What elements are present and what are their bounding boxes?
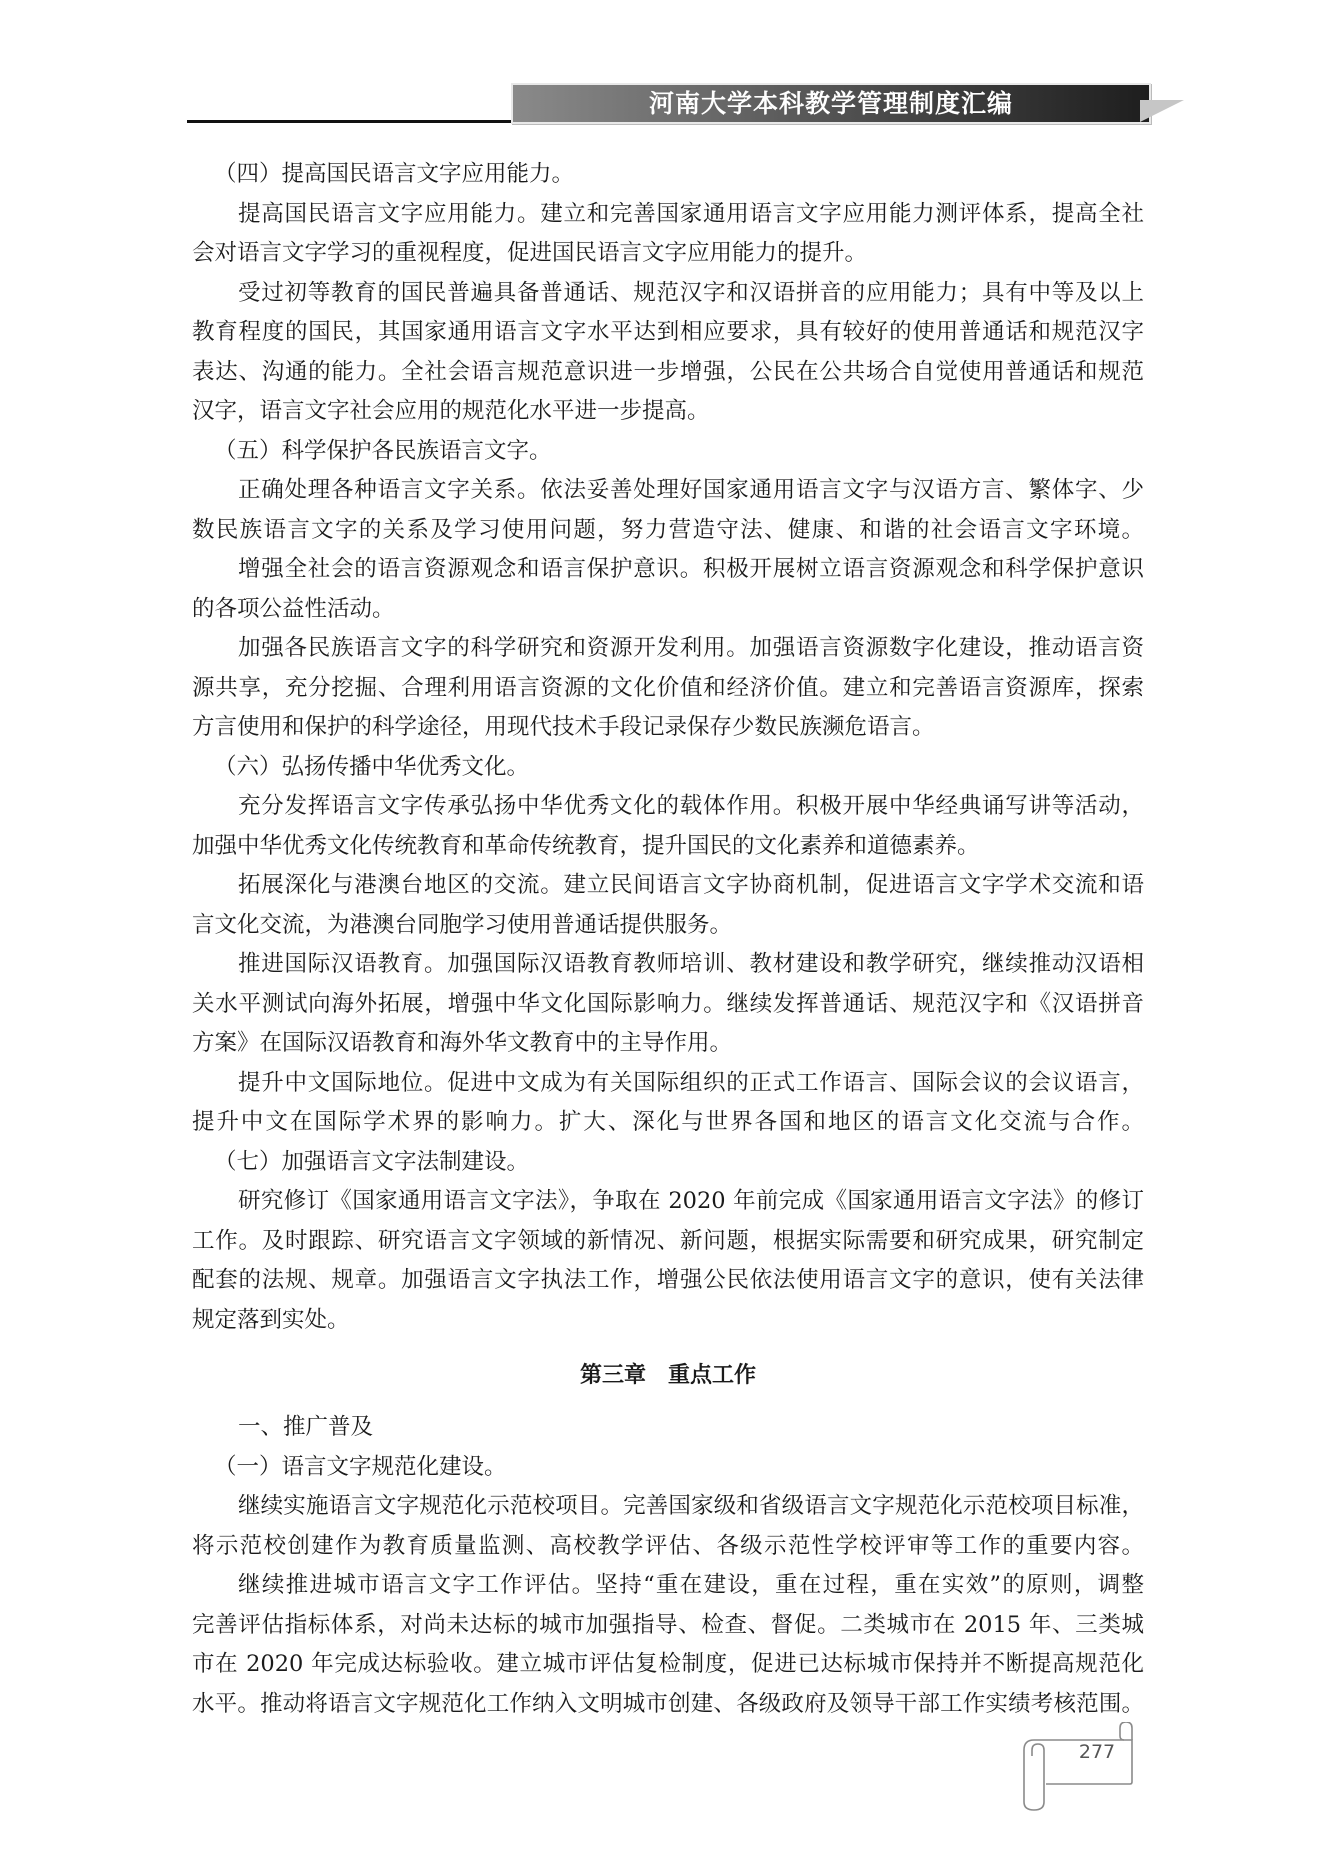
- paragraph-line: 加强中华优秀文化传统教育和革命传统教育，提升国民的文化素养和道德素养。: [192, 827, 1144, 867]
- paragraph-line: 方案》在国际汉语教育和海外华文教育中的主导作用。: [192, 1024, 1144, 1064]
- section-heading: （七）加强语言文字法制建设。: [192, 1143, 1144, 1183]
- paragraph-line: 水平。推动将语言文字规范化工作纳入文明城市创建、各级政府及领导干部工作实绩考核范…: [192, 1685, 1144, 1725]
- paragraph-line: 完善评估指标体系，对尚未达标的城市加强指导、检查、督促。二类城市在 2015 年…: [192, 1606, 1144, 1646]
- section-heading: （一）语言文字规范化建设。: [192, 1448, 1144, 1488]
- paragraph-line: 提升中文在国际学术界的影响力。扩大、深化与世界各国和地区的语言文化交流与合作。: [192, 1103, 1144, 1143]
- paragraph-line: 表达、沟通的能力。全社会语言规范意识进一步增强，公民在公共场合自觉使用普通话和规…: [192, 353, 1144, 393]
- paragraph-line: 市在 2020 年完成达标验收。建立城市评估复检制度，促进已达标城市保持并不断提…: [192, 1645, 1144, 1685]
- paragraph-line: 配套的法规、规章。加强语言文字执法工作，增强公民依法使用语言文字的意识，使有关法…: [192, 1261, 1144, 1301]
- section-heading: （四）提高国民语言文字应用能力。: [192, 155, 1144, 195]
- text-block-key-work: 一、推广普及（一）语言文字规范化建设。继续实施语言文字规范化示范校项目。完善国家…: [192, 1408, 1144, 1724]
- page-number: 277: [1057, 1732, 1137, 1772]
- section-heading: （五）科学保护各民族语言文字。: [192, 432, 1144, 472]
- page-number-scroll: 277: [1012, 1722, 1142, 1812]
- page-body: （四）提高国民语言文字应用能力。提高国民语言文字应用能力。建立和完善国家通用语言…: [192, 155, 1144, 1724]
- paragraph-line: 拓展深化与港澳台地区的交流。建立民间语言文字协商机制，促进语言文字学术交流和语: [192, 866, 1144, 906]
- paragraph-line: 研究修订《国家通用语言文字法》，争取在 2020 年前完成《国家通用语言文字法》…: [192, 1182, 1144, 1222]
- paragraph-line: 将示范校创建作为教育质量监测、高校教学评估、各级示范性学校评审等工作的重要内容。: [192, 1527, 1144, 1567]
- text-block-policy-goals: （四）提高国民语言文字应用能力。提高国民语言文字应用能力。建立和完善国家通用语言…: [192, 155, 1144, 1340]
- paragraph-line: 言文化交流，为港澳台同胞学习使用普通话提供服务。: [192, 906, 1144, 946]
- chapter-title: 第三章 重点工作: [192, 1346, 1144, 1406]
- document-collection-title: 河南大学本科教学管理制度汇编: [513, 85, 1149, 122]
- paragraph-line: 汉字，语言文字社会应用的规范化水平进一步提高。: [192, 392, 1144, 432]
- paragraph-line: 一、推广普及: [192, 1408, 1144, 1448]
- paragraph-line: 规定落到实处。: [192, 1301, 1144, 1341]
- paragraph-line: 增强全社会的语言资源观念和语言保护意识。积极开展树立语言资源观念和科学保护意识: [192, 550, 1144, 590]
- paragraph-line: 加强各民族语言文字的科学研究和资源开发利用。加强语言资源数字化建设，推动语言资: [192, 629, 1144, 669]
- paragraph-line: 充分发挥语言文字传承弘扬中华优秀文化的载体作用。积极开展中华经典诵写讲等活动，: [192, 787, 1144, 827]
- paragraph-line: 方言使用和保护的科学途径，用现代技术手段记录保存少数民族濒危语言。: [192, 708, 1144, 748]
- section-heading: （六）弘扬传播中华优秀文化。: [192, 748, 1144, 788]
- header-banner: 河南大学本科教学管理制度汇编: [511, 83, 1151, 124]
- paragraph-line: 受过初等教育的国民普遍具备普通话、规范汉字和汉语拼音的应用能力；具有中等及以上: [192, 274, 1144, 314]
- paragraph-line: 提高国民语言文字应用能力。建立和完善国家通用语言文字应用能力测评体系，提高全社: [192, 195, 1144, 235]
- paragraph-line: 关水平测试向海外拓展，增强中华文化国际影响力。继续发挥普通话、规范汉字和《汉语拼…: [192, 985, 1144, 1025]
- paragraph-line: 源共享，充分挖掘、合理利用语言资源的文化价值和经济价值。建立和完善语言资源库，探…: [192, 669, 1144, 709]
- paragraph-line: 的各项公益性活动。: [192, 590, 1144, 630]
- paragraph-line: 继续实施语言文字规范化示范校项目。完善国家级和省级语言文字规范化示范校项目标准，: [192, 1487, 1144, 1527]
- paragraph-line: 工作。及时跟踪、研究语言文字领域的新情况、新问题，根据实际需要和研究成果，研究制…: [192, 1222, 1144, 1262]
- banner-wing-decoration: [1140, 100, 1184, 124]
- paragraph-line: 正确处理各种语言文字关系。依法妥善处理好国家通用语言文字与汉语方言、繁体字、少: [192, 471, 1144, 511]
- paragraph-line: 数民族语言文字的关系及学习使用问题，努力营造守法、健康、和谐的社会语言文字环境。: [192, 511, 1144, 551]
- paragraph-line: 推进国际汉语教育。加强国际汉语教育教师培训、教材建设和教学研究，继续推动汉语相: [192, 945, 1144, 985]
- paragraph-line: 会对语言文字学习的重视程度，促进国民语言文字应用能力的提升。: [192, 234, 1144, 274]
- paragraph-line: 教育程度的国民，其国家通用语言文字水平达到相应要求，具有较好的使用普通话和规范汉…: [192, 313, 1144, 353]
- paragraph-line: 提升中文国际地位。促进中文成为有关国际组织的正式工作语言、国际会议的会议语言，: [192, 1064, 1144, 1104]
- paragraph-line: 继续推进城市语言文字工作评估。坚持“重在建设，重在过程，重在实效”的原则，调整: [192, 1566, 1144, 1606]
